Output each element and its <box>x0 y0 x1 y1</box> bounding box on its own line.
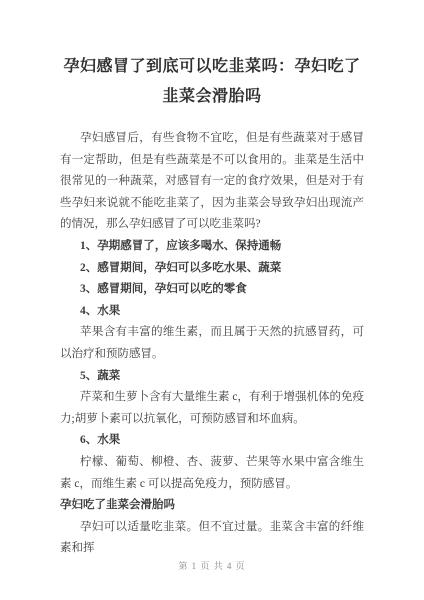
paragraph-closing: 孕妇可以适量吃韭菜。但不宜过量。韭菜含丰富的纤维素和挥 <box>60 517 364 560</box>
list-item-2: 2、感冒期间，孕妇可以多吃水果、蔬菜 <box>60 258 364 280</box>
list-item-4: 4、水果 <box>60 301 364 323</box>
document-page: 孕妇感冒了到底可以吃韭菜吗：孕妇吃了韭菜会滑胎吗 孕妇感冒后，有些食物不宜吃，但… <box>0 0 424 600</box>
section-heading-fruit: 6、水果 <box>60 430 364 452</box>
paragraph-apple: 苹果含有丰富的维生素，而且属于天然的抗感冒药，可以治疗和预防感冒。 <box>60 322 364 365</box>
list-item-3: 3、感冒期间，孕妇可以吃的零食 <box>60 279 364 301</box>
paragraph-intro: 孕妇感冒后，有些食物不宜吃，但是有些蔬菜对于感冒有一定帮助，但是有些蔬菜是不可以… <box>60 128 364 236</box>
paragraph-fruit: 柠檬、葡萄、柳橙、杏、菠萝、芒果等水果中富含维生素 c，而维生素 c 可以提高免… <box>60 452 364 495</box>
list-item-1: 1、孕期感冒了，应该多喝水、保持通畅 <box>60 236 364 258</box>
document-body: 孕妇感冒后，有些食物不宜吃，但是有些蔬菜对于感冒有一定帮助，但是有些蔬菜是不可以… <box>60 128 364 560</box>
section-heading-vegetable: 5、蔬菜 <box>60 366 364 388</box>
sub-heading-huatai: 孕妇吃了韭菜会滑胎吗 <box>60 495 364 517</box>
document-title: 孕妇感冒了到底可以吃韭菜吗：孕妇吃了韭菜会滑胎吗 <box>60 52 364 112</box>
page-number-footer: 第 1 页 共 4 页 <box>0 559 424 572</box>
paragraph-vegetable: 芹菜和生萝卜含有大量维生素 c，有利于增强机体的免疫力;胡萝卜素可以抗氧化，可预… <box>60 387 364 430</box>
